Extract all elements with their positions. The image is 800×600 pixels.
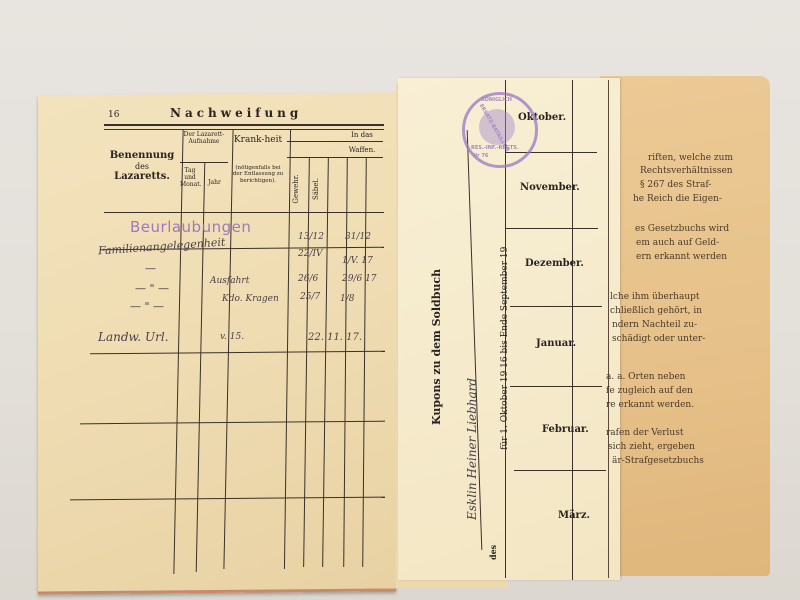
handwritten-date: 22/IV (298, 249, 323, 259)
handwritten-date: 22. 11. 17. (308, 332, 362, 343)
header-line: Benennung (108, 150, 176, 162)
month-rule (514, 470, 606, 471)
waffen-rule-2 (287, 157, 383, 158)
legal-text-line: chließlich gehört, in (610, 306, 702, 316)
header-jahr: Jahr (201, 180, 228, 187)
coupon-period: für 1. Oktober 19 16 bis Ende September … (500, 247, 510, 450)
month-november: November. (520, 182, 580, 193)
stamp-text: RES.-INF.-REGTS. (471, 145, 519, 151)
coupon-col-divider (572, 80, 573, 580)
legal-text-line: ern erkannt werden (636, 252, 727, 262)
handwritten-entry: Landw. Url. (98, 330, 169, 344)
handwritten-date: 26/6 (298, 274, 318, 284)
stamp-text: Nr 76 (473, 153, 488, 159)
waffen-rule-1 (287, 141, 383, 142)
page-title: Nachweifung (170, 106, 302, 120)
month-januar: Januar. (536, 338, 576, 349)
legal-text-line: es Gesetzbuchs wird (635, 224, 729, 234)
legal-text-line: fe zugleich auf den (606, 386, 693, 396)
legal-text-line: Rechtsverhältnissen (640, 166, 733, 176)
page-number: 16 (108, 110, 119, 120)
header-in-das: In das (340, 131, 384, 139)
header-krankheit-note: (nötigenfalls bei der Entlassung zu beri… (230, 165, 286, 184)
handwritten-date: 1/8 (340, 294, 354, 304)
legal-text-line: § 267 des Straf- (640, 180, 711, 190)
handwritten-entry: — " — (130, 300, 164, 313)
stamp-text: KÖNIGLICH (481, 97, 512, 103)
header-lazarett-aufnahme: Der Lazarett-Aufnahme (180, 132, 228, 146)
handwritten-date: 31/12 (345, 232, 371, 242)
handwritten-date: 1/V. 17 (342, 256, 373, 266)
legal-text-line: em auch auf Geld- (636, 238, 719, 248)
month-februar: Februar. (542, 424, 589, 435)
legal-text-line: re erkannt werden. (606, 400, 694, 410)
legal-text-line: ndern Nachteil zu- (612, 320, 697, 330)
legal-text-line: he Reich die Eigen- (633, 194, 722, 204)
month-rule (506, 228, 598, 229)
header-krankheit: Krank-heit (230, 135, 286, 145)
legal-text-line: är-Strafgesetzbuchs (612, 456, 704, 466)
handwritten-note: Ausfahrt (210, 276, 249, 286)
header-gewehr: Gewehr. (292, 171, 300, 207)
legal-text-line: lche ihm überhaupt (610, 292, 700, 302)
handwritten-date: 13/12 (298, 232, 324, 242)
handwritten-date: 29/6 17 (342, 274, 377, 284)
coupon-des-label: des (488, 545, 498, 560)
legal-text-line: sich zieht, ergeben (608, 442, 695, 452)
legal-text-line: riften, welche zum (648, 153, 733, 163)
handwritten-entry: — (145, 262, 156, 275)
header-waffen: Waffen. (340, 146, 384, 154)
left-page (38, 92, 396, 594)
month-rule (510, 306, 602, 307)
month-rule (510, 386, 602, 387)
legal-text-line: rafen der Verlust (606, 428, 683, 438)
table-top-rule-2 (104, 129, 384, 130)
header-line: Lazaretts. (108, 171, 176, 183)
legal-text-line: a. a. Orten neben (606, 372, 685, 382)
handwritten-date: 25/7 (300, 292, 320, 302)
coupon-title: Kupons zu dem Soldbuch (430, 269, 443, 425)
header-benennung: Benennung des Lazaretts. (108, 150, 176, 182)
legal-text-line: schädigt oder unter- (612, 334, 705, 344)
coupon-edge (608, 80, 609, 578)
unit-stamp: KÖNIGLICH ERSATZ-BATAILLON RES.-INF.-REG… (462, 92, 538, 168)
header-bottom-rule (104, 212, 384, 213)
header-line: des (108, 162, 176, 171)
handwritten-note: v. 15. (220, 332, 244, 342)
header-tag-monat: Tag und Monat. (180, 168, 200, 189)
header-saebel: Säbel. (312, 171, 320, 207)
table-top-rule (104, 124, 384, 126)
handwritten-entry: — " — (135, 282, 169, 295)
handwritten-note: Kdo. Kragen (222, 294, 279, 304)
month-maerz: März. (558, 510, 590, 521)
beurlaubungen-stamp: Beurlaubungen (130, 218, 251, 236)
month-dezember: Dezember. (525, 258, 584, 269)
